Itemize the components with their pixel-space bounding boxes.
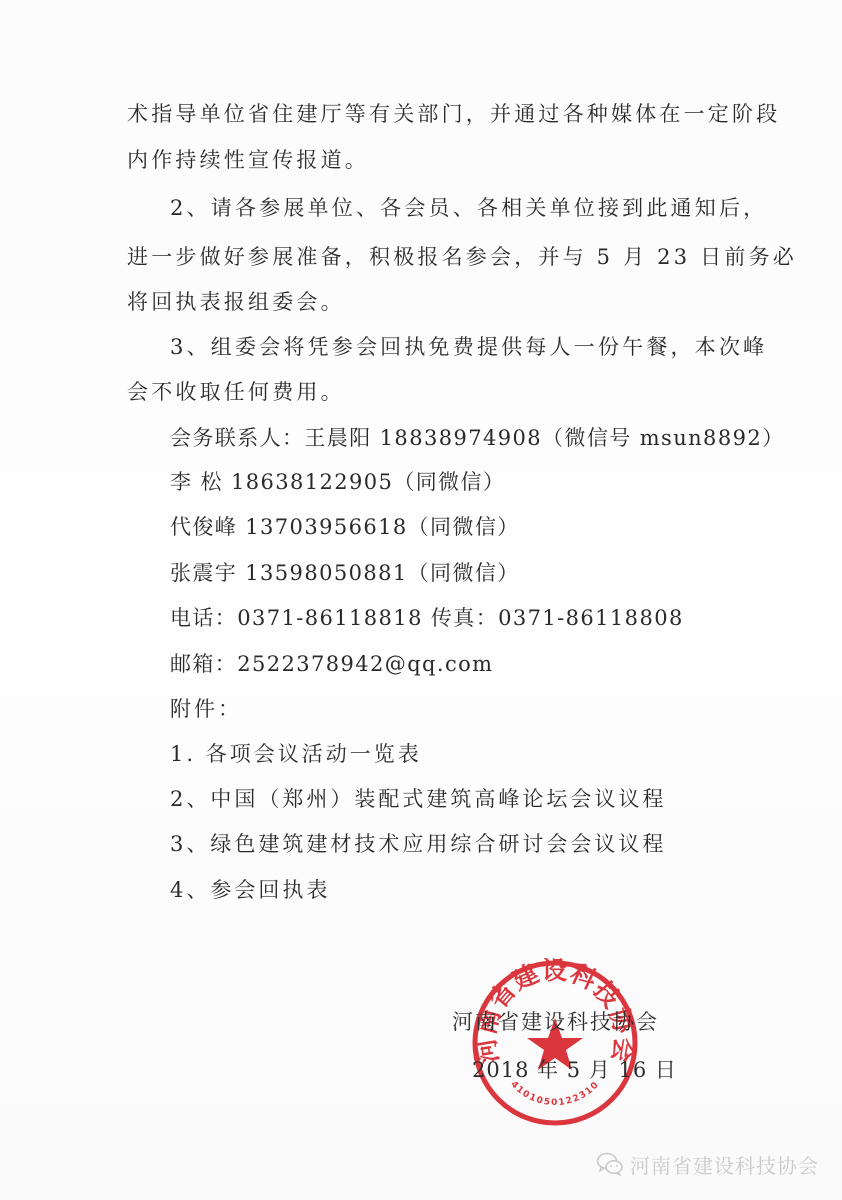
paragraph-2-line-2: 进一步做好参展准备，积极报名参会，并与 5 月 23 日前务必 xyxy=(127,243,797,271)
signature-date: 2018 年 5 月 16 日 xyxy=(472,1056,677,1084)
contact-item: 张震宇 13598050881（同微信） xyxy=(170,559,520,587)
official-seal: 河南省建设科技协会 4101050122310 xyxy=(470,958,640,1128)
contact-primary: 会务联系人：王晨阳 18838974908（微信号 msun8892） xyxy=(170,424,785,452)
contact-item: 李 松 18638122905（同微信） xyxy=(170,468,505,496)
paragraph-3-line-2: 会不收取任何费用。 xyxy=(127,378,345,406)
paragraph-1-line-1: 术指导单位省住建厅等有关部门，并通过各种媒体在一定阶段 xyxy=(127,100,780,128)
contact-item: 代俊峰 13703956618（同微信） xyxy=(170,513,520,541)
paragraph-3-line-1: 3、组委会将凭参会回执免费提供每人一份午餐，本次峰 xyxy=(170,333,767,361)
email: 邮箱：2522378942@qq.com xyxy=(170,650,494,678)
wechat-icon xyxy=(596,1152,624,1176)
phone-fax: 电话：0371-86118818 传真：0371-86118808 xyxy=(170,604,684,632)
attachment-item: 3、绿色建筑建材技术应用综合研讨会会议议程 xyxy=(170,830,666,858)
attachment-item: 4、参会回执表 xyxy=(170,876,330,904)
paragraph-2-line-3: 将回执表报组委会。 xyxy=(127,288,345,316)
attachments-heading: 附件： xyxy=(170,695,242,723)
paragraph-2-line-1: 2、请各参展单位、各会员、各相关单位接到此通知后， xyxy=(170,194,767,222)
watermark-label: 河南省建设科技协会 xyxy=(630,1150,819,1179)
paragraph-1-line-2: 内作持续性宣传报道。 xyxy=(127,146,369,174)
signature-organization: 河南省建设科技协会 xyxy=(452,1008,659,1036)
attachment-item: 2、中国（郑州）装配式建筑高峰论坛会议议程 xyxy=(170,785,666,813)
wechat-watermark: 河南省建设科技协会 xyxy=(596,1148,819,1180)
attachment-item: 1. 各项会议活动一览表 xyxy=(170,740,422,768)
document-page: 术指导单位省住建厅等有关部门，并通过各种媒体在一定阶段 内作持续性宣传报道。 2… xyxy=(0,0,842,1200)
